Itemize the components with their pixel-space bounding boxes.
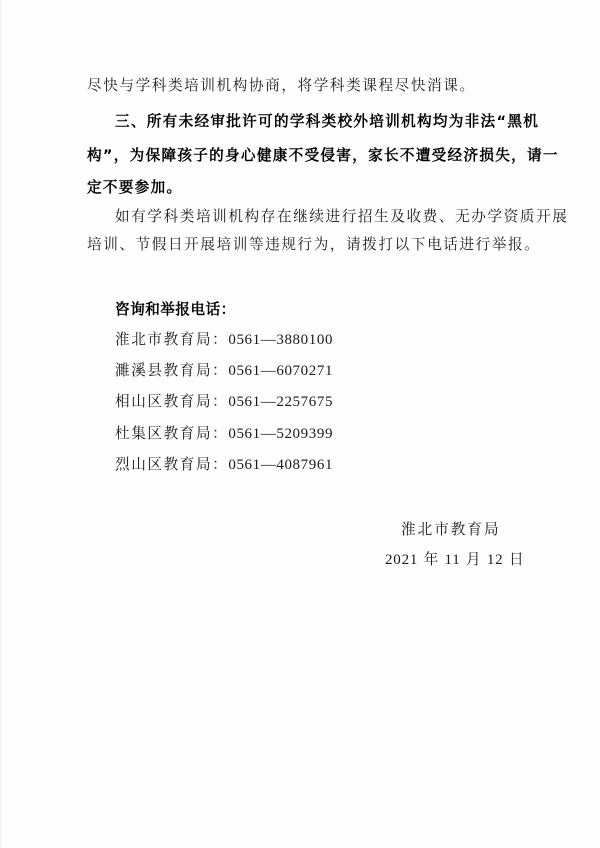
contact-phone: 0561—3880100 xyxy=(228,332,333,348)
contact-office: 濉溪县教育局： xyxy=(115,362,228,379)
contact-office: 烈山区教育局： xyxy=(115,456,228,473)
document-page: 尽快与学科类培训机构协商，将学科类课程尽快消课。 三、所有未经审批许可的学科类校… xyxy=(0,0,600,848)
paragraph-continuation-line-1: 尽快与学科类培训机构协商，将学科类课程尽快消课。 xyxy=(87,77,517,95)
paragraph-report-line-2: 培训、节假日开展培训等违规行为，请拨打以下电话进行举报。 xyxy=(87,236,517,254)
contact-office: 淮北市教育局： xyxy=(115,331,228,348)
contact-office: 杜集区教育局： xyxy=(115,425,228,442)
date-month: 11 xyxy=(445,552,461,568)
contact-row: 相山区教育局：0561—2257675 xyxy=(115,393,333,411)
contact-phone: 0561—2257675 xyxy=(228,394,333,410)
contact-office: 相山区教育局： xyxy=(115,393,228,410)
date-year: 2021 xyxy=(385,552,418,568)
contact-row: 淮北市教育局：0561—3880100 xyxy=(115,331,333,349)
contact-phone: 0561—6070271 xyxy=(228,363,333,379)
issuer-signature: 淮北市教育局 xyxy=(401,518,501,539)
paragraph-point-three-line-3: 定不要参加。 xyxy=(87,179,517,197)
contact-phone: 0561—4087961 xyxy=(228,457,333,473)
paragraph-point-three-line-2: 构”，为保障孩子的身心健康不受侵害，家长不遭受经济损失，请一 xyxy=(87,147,517,165)
paragraph-point-three-line-1: 三、所有未经审批许可的学科类校外培训机构均为非法“黑机 xyxy=(115,113,545,131)
contact-row: 烈山区教育局：0561—4087961 xyxy=(115,456,333,474)
date-day-unit: 日 xyxy=(509,551,524,568)
contact-phone: 0561—5209399 xyxy=(228,426,333,442)
contact-row: 濉溪县教育局：0561—6070271 xyxy=(115,362,333,380)
issue-date: 2021 年 11 月 12 日 xyxy=(385,548,524,569)
date-day: 12 xyxy=(487,552,504,568)
date-year-unit: 年 xyxy=(424,551,439,568)
date-month-unit: 月 xyxy=(466,551,481,568)
contact-row: 杜集区教育局：0561—5209399 xyxy=(115,425,333,443)
contacts-header: 咨询和举报电话： xyxy=(115,298,236,319)
paragraph-report-line-1: 如有学科类培训机构存在继续进行招生及收费、无办学资质开展 xyxy=(115,208,545,226)
